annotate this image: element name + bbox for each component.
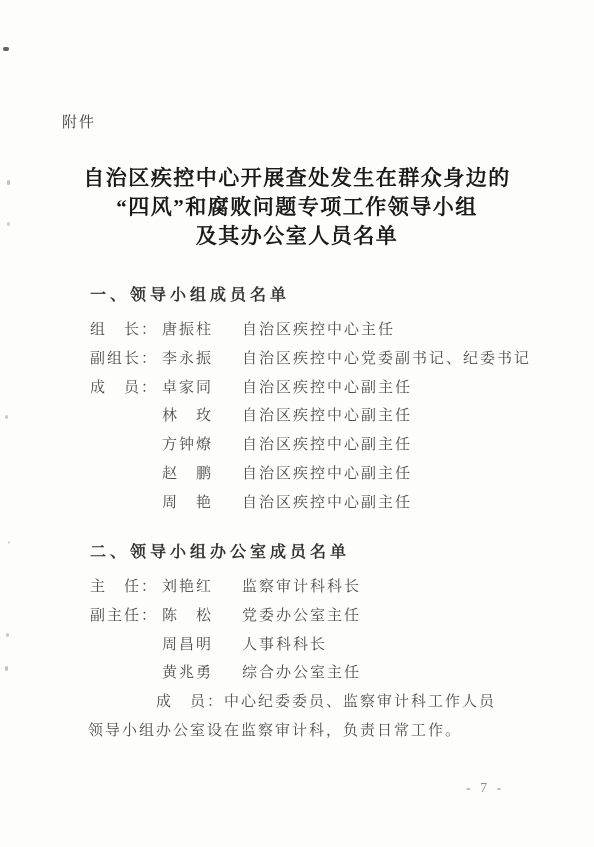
member-name: 方钟燎	[162, 431, 220, 460]
member-row: 主 任： 刘艳红 监察审计科科长	[90, 573, 560, 602]
office-members-line: 成 员：中心纪委委员、监察审计科工作人员	[156, 688, 560, 717]
member-name: 唐振柱	[162, 316, 220, 345]
member-name: 陈 松	[162, 602, 220, 631]
scan-speck	[6, 633, 9, 637]
member-role-label: 副组长：	[90, 345, 162, 374]
member-title: 自治区疾控中心副主任	[242, 374, 560, 403]
scan-speck	[3, 47, 9, 51]
member-title: 人事科科长	[242, 631, 560, 660]
document-title-line-2: “四风”和腐败问题专项工作领导小组	[0, 193, 594, 222]
member-name: 刘艳红	[162, 573, 220, 602]
member-name: 周 艳	[162, 489, 220, 518]
member-title: 自治区疾控中心副主任	[242, 431, 560, 460]
page-number: - 7 -	[466, 781, 504, 797]
member-row: 组 长： 唐振柱 自治区疾控中心主任	[90, 316, 560, 345]
member-name: 周昌明	[162, 631, 220, 660]
document-title: 自治区疾控中心开展查处发生在群众身边的 “四风”和腐败问题专项工作领导小组 及其…	[0, 164, 594, 251]
office-closing-line: 领导小组办公室设在监察审计科，负责日常工作。	[88, 717, 560, 746]
scan-speck	[8, 541, 10, 544]
member-title: 自治区疾控中心主任	[242, 316, 560, 345]
member-row: 副主任： 陈 松 党委办公室主任	[90, 602, 560, 631]
member-row: 黄兆勇 综合办公室主任	[90, 659, 560, 688]
member-name: 卓家同	[162, 374, 220, 403]
member-title: 自治区疾控中心副主任	[242, 489, 560, 518]
member-role-label: 主 任：	[90, 573, 162, 602]
section-office: 二、领导小组办公室成员名单 主 任： 刘艳红 监察审计科科长 副主任： 陈 松 …	[90, 542, 560, 746]
member-row: 副组长： 李永振 自治区疾控中心党委副书记、纪委书记	[90, 345, 560, 374]
member-row: 林 玫 自治区疾控中心副主任	[90, 402, 560, 431]
member-title: 综合办公室主任	[242, 659, 560, 688]
member-row: 方钟燎 自治区疾控中心副主任	[90, 431, 560, 460]
section-leading-group: 一、领导小组成员名单 组 长： 唐振柱 自治区疾控中心主任 副组长： 李永振 自…	[90, 285, 560, 518]
member-title: 自治区疾控中心副主任	[242, 402, 560, 431]
scan-speck	[5, 666, 8, 671]
member-name: 李永振	[162, 345, 220, 374]
attachment-label: 附件	[62, 111, 96, 132]
member-role-label: 成 员：	[90, 374, 162, 403]
member-role-label: 副主任：	[90, 602, 162, 631]
member-row: 周昌明 人事科科长	[90, 631, 560, 660]
member-title: 自治区疾控中心党委副书记、纪委书记	[242, 345, 560, 374]
member-name: 林 玫	[162, 402, 220, 431]
member-row: 周 艳 自治区疾控中心副主任	[90, 489, 560, 518]
scanned-document-page: 附件 自治区疾控中心开展查处发生在群众身边的 “四风”和腐败问题专项工作领导小组…	[0, 0, 594, 847]
member-title: 自治区疾控中心副主任	[242, 460, 560, 489]
member-name: 黄兆勇	[162, 659, 220, 688]
document-title-line-1: 自治区疾控中心开展查处发生在群众身边的	[0, 164, 594, 193]
member-title: 党委办公室主任	[242, 602, 560, 631]
section-2-heading: 二、领导小组办公室成员名单	[90, 542, 560, 564]
member-name: 赵 鹏	[162, 460, 220, 489]
document-title-line-3: 及其办公室人员名单	[0, 222, 594, 251]
member-title: 监察审计科科长	[242, 573, 560, 602]
member-role-label: 组 长：	[90, 316, 162, 345]
member-row: 成 员： 卓家同 自治区疾控中心副主任	[90, 374, 560, 403]
section-1-heading: 一、领导小组成员名单	[90, 285, 560, 307]
scan-speck	[5, 415, 8, 419]
member-row: 赵 鹏 自治区疾控中心副主任	[90, 460, 560, 489]
